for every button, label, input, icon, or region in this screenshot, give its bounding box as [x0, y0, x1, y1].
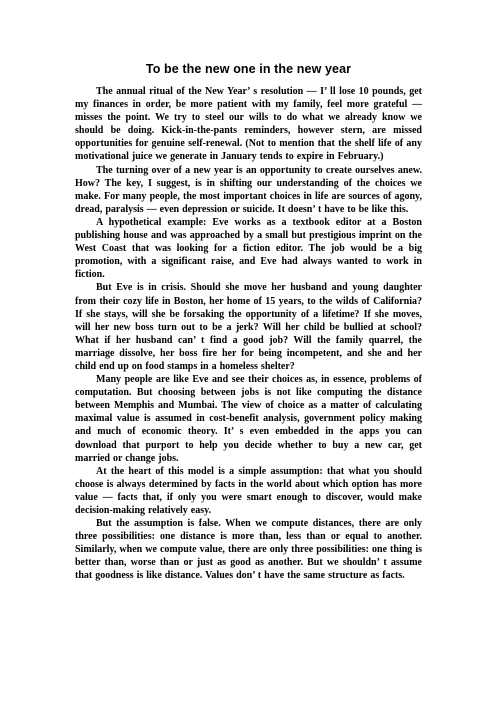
body-paragraph-2: The turning over of a new year is an opp…: [75, 164, 422, 216]
body-paragraph-5: Many people are like Eve and see their c…: [75, 373, 422, 465]
body-paragraph-1: The annual ritual of the New Year’ s res…: [75, 85, 422, 164]
body-paragraph-7: But the assumption is false. When we com…: [75, 517, 422, 582]
body-paragraph-3: A hypothetical example: Eve works as a t…: [75, 216, 422, 281]
body-paragraph-6: At the heart of this model is a simple a…: [75, 465, 422, 517]
document-title: To be the new one in the new year: [75, 60, 422, 78]
document-page: To be the new one in the new year The an…: [0, 0, 496, 702]
document-body: The annual ritual of the New Year’ s res…: [75, 85, 422, 583]
body-paragraph-4: But Eve is in crisis. Should she move he…: [75, 281, 422, 373]
